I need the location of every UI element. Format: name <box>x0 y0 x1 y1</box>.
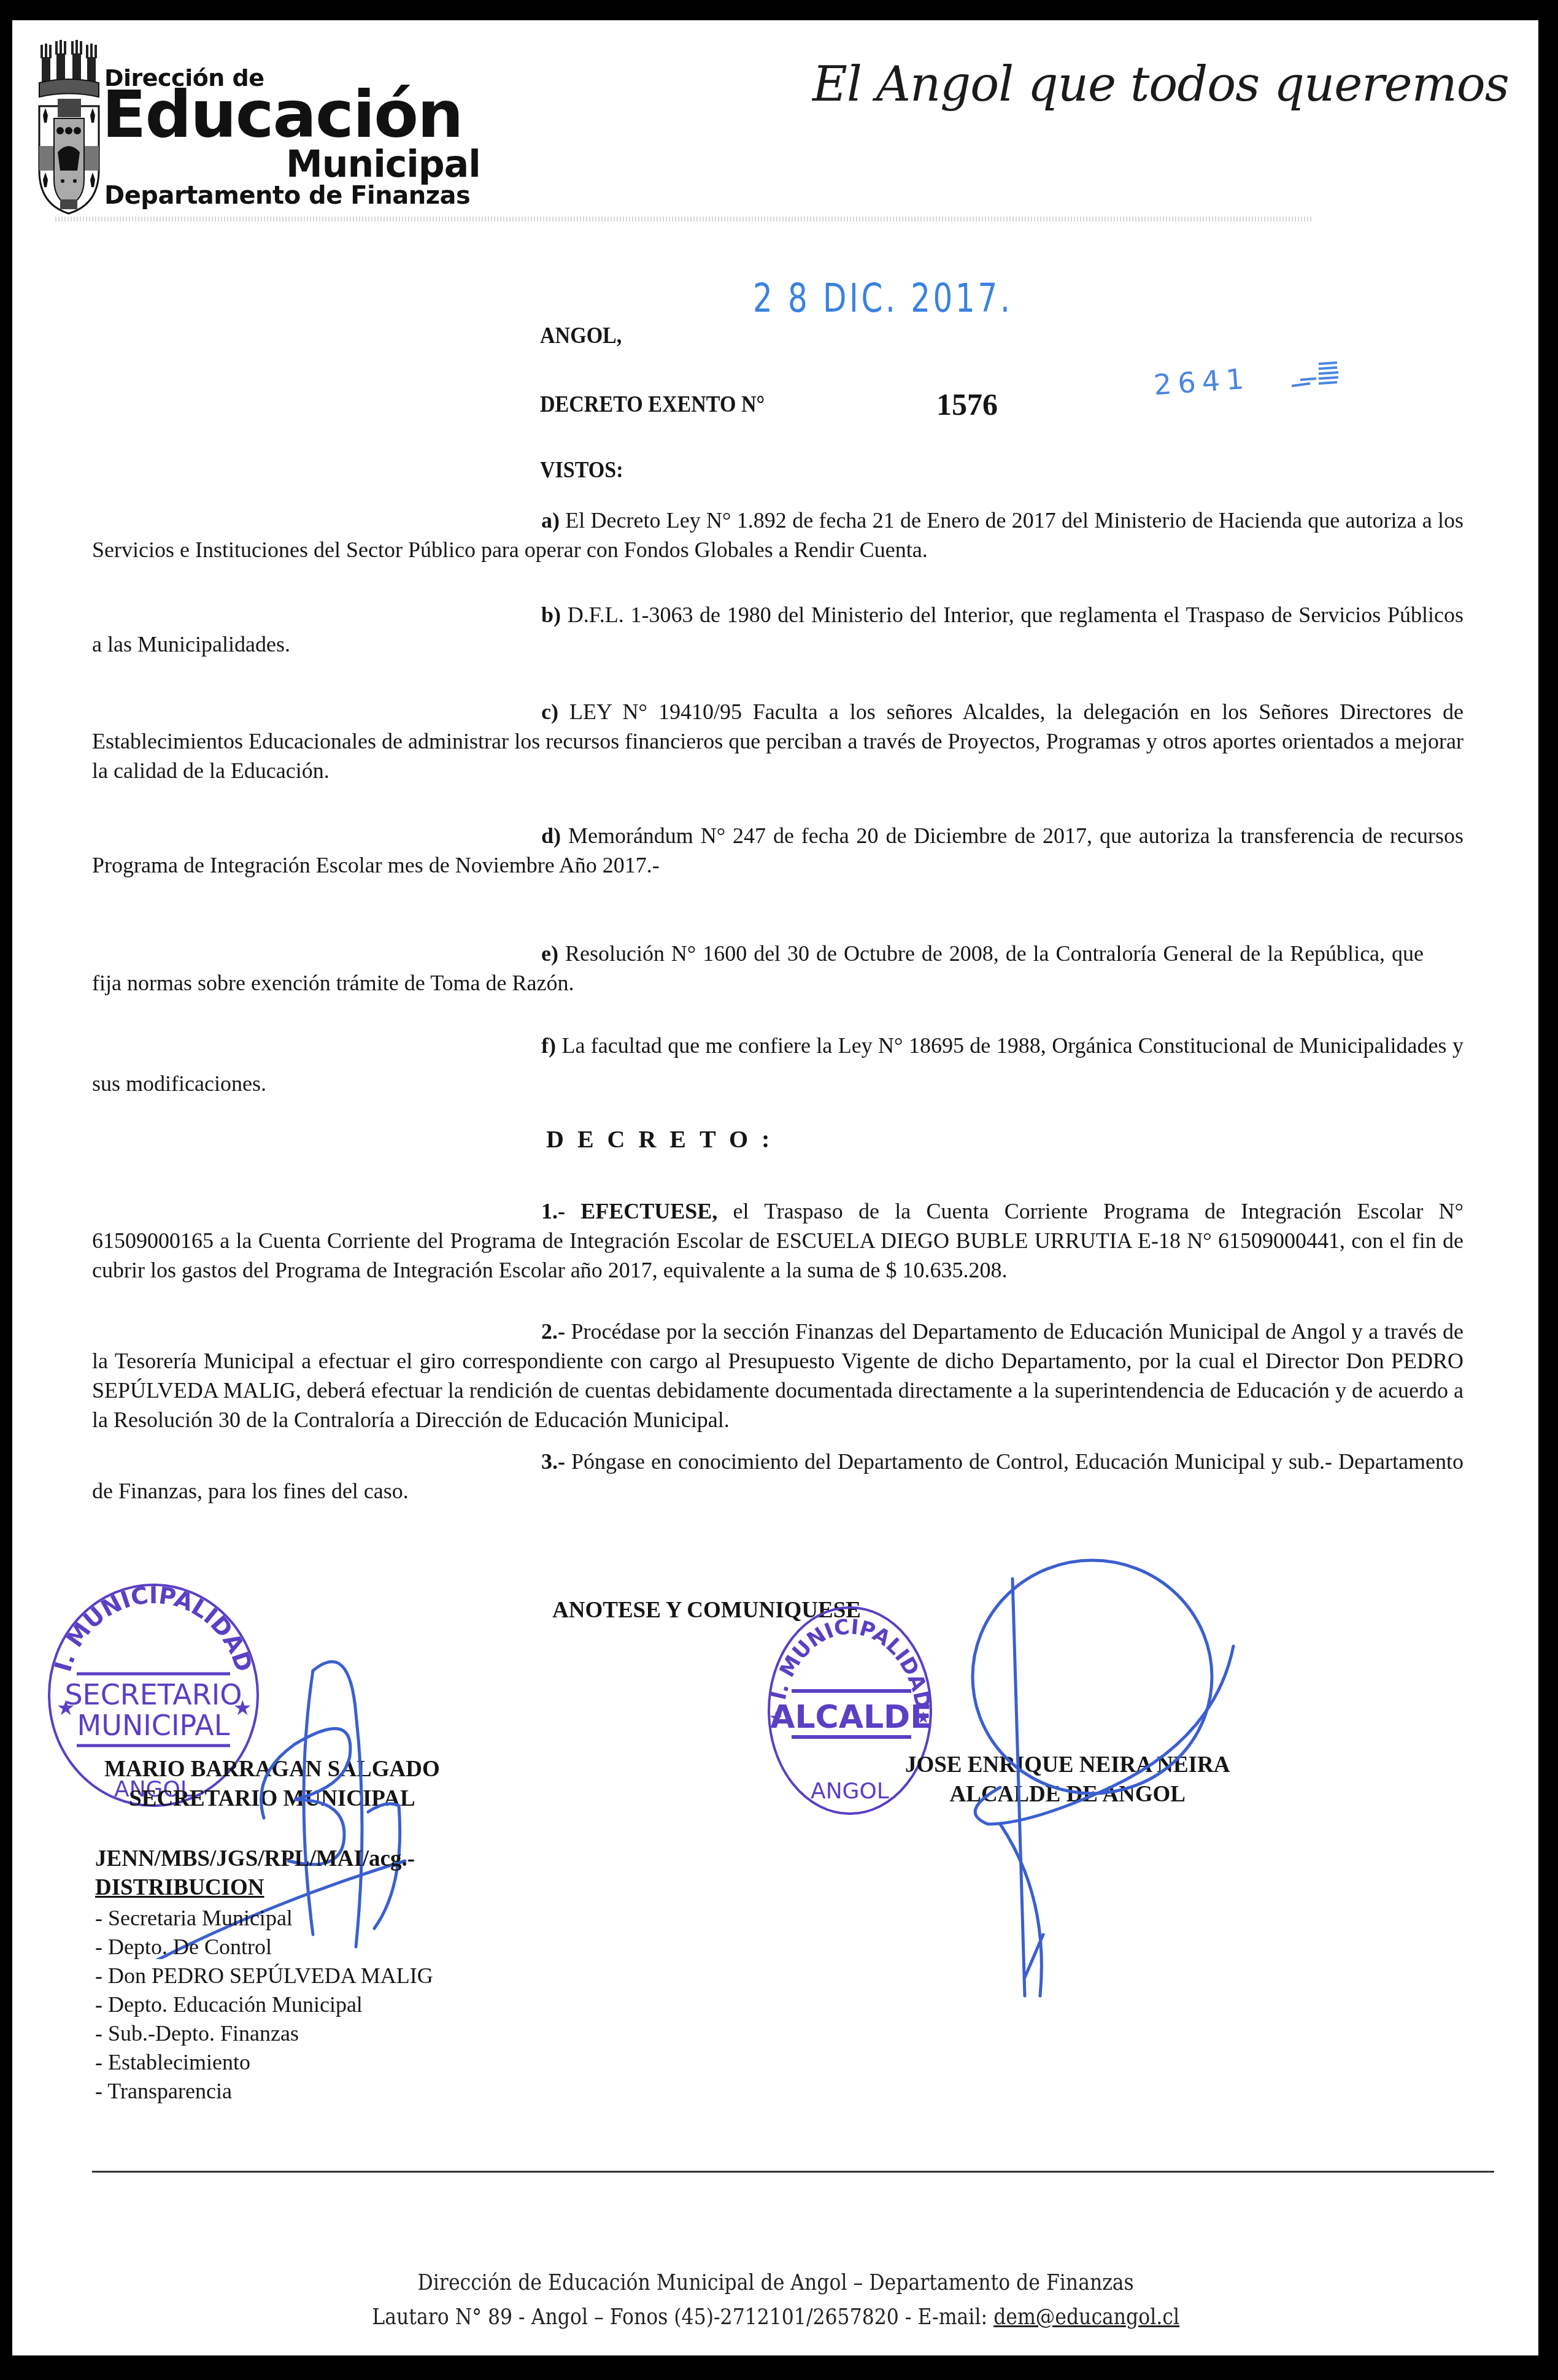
distribution-item: - Sub.-Depto. Finanzas <box>95 2019 433 2048</box>
secretary-title: SECRETARIO MUNICIPAL <box>104 1784 440 1814</box>
header-divider <box>55 217 1313 221</box>
article-1: 1.- EFECTUESE, el Traspaso de la Cuenta … <box>92 1196 1464 1285</box>
visto-text: Memorándum N° 247 de fecha 20 de Diciemb… <box>92 823 1464 877</box>
vistos-title: VISTOS: <box>540 457 623 483</box>
article-3: 3.- Póngase en conocimiento del Departam… <box>92 1447 1464 1506</box>
svg-text:I. MUNICIPALIDAD: I. MUNICIPALIDAD <box>49 1582 258 1675</box>
reference-initials: JENN/MBS/JGS/RPL/MAI/acg.- <box>95 1846 415 1872</box>
city-line: ANGOL, <box>540 323 622 349</box>
visto-f: f) La facultad que me confiere la Ley N°… <box>92 1026 1464 1103</box>
distribution-item: - Establecimiento <box>95 2048 433 2077</box>
seal-bottom-text: ANGOL <box>811 1779 889 1804</box>
visto-text: El Decreto Ley N° 1.892 de fecha 21 de E… <box>92 508 1464 562</box>
visto-c: c) LEY N° 19410/95 Faculta a los señores… <box>92 697 1464 785</box>
footer: Dirección de Educación Municipal de Ango… <box>89 2266 1462 2335</box>
visto-a: a) El Decreto Ley N° 1.892 de fecha 21 d… <box>92 506 1464 564</box>
distribution-item: - Don PEDRO SEPÚLVEDA MALIG <box>95 1962 433 1990</box>
org-line-3: Municipal <box>286 143 480 186</box>
article-label: 3.- <box>541 1449 565 1474</box>
article-lead: EFECTUESE, <box>580 1199 717 1223</box>
footer-email-link[interactable]: dem@educangol.cl <box>993 2305 1179 2330</box>
article-label: 1.- <box>541 1199 565 1223</box>
distribution-item: - Depto. De Control <box>95 1933 433 1962</box>
seal-top-text: I. MUNICIPALIDAD <box>49 1582 258 1675</box>
distribution-item: - Depto. Educación Municipal <box>95 1990 433 2019</box>
registry-stamp: 2641 <box>1152 362 1251 402</box>
seal-center-line1: ALCALDE <box>770 1699 932 1736</box>
visto-label: f) <box>541 1033 556 1058</box>
visto-label: c) <box>541 699 558 724</box>
org-department: Departamento de Finanzas <box>104 182 470 210</box>
visto-text: La facultad que me confiere la Ley N° 18… <box>92 1033 1464 1096</box>
distribution-title: DISTRIBUCION <box>95 1874 264 1901</box>
mayor-name: JOSE ENRIQUE NEIRA NEIRA <box>905 1750 1230 1780</box>
org-line-2: Educación <box>102 80 463 148</box>
seal-center-line1: SECRETARIO <box>64 1678 242 1711</box>
footer-org-line: Dirección de Educación Municipal de Ango… <box>89 2266 1462 2300</box>
visto-d: d) Memorándum N° 247 de fecha 20 de Dici… <box>92 821 1464 880</box>
document-page: Dirección de Educación Municipal Departa… <box>12 20 1538 2355</box>
svg-text:★: ★ <box>769 1709 783 1727</box>
footer-address: Lautaro N° 89 - Angol – Fonos (45)-27121… <box>372 2305 993 2330</box>
decreto-title: DECRETO: <box>546 1125 783 1153</box>
svg-text:★: ★ <box>233 1697 252 1720</box>
footer-divider <box>92 2171 1494 2173</box>
visto-label: d) <box>541 823 561 848</box>
seal-center-line2: MUNICIPAL <box>77 1709 230 1742</box>
secretary-signatory: MARIO BARRAGAN SALGADO SECRETARIO MUNICI… <box>104 1755 440 1814</box>
visto-e: e) Resolución N° 1600 del 30 de Octubre … <box>92 939 1424 998</box>
visto-text: LEY N° 19410/95 Faculta a los señores Al… <box>92 699 1464 783</box>
distribution-item: - Transparencia <box>95 2077 433 2106</box>
distribution-list: - Secretaria Municipal - Depto. De Contr… <box>95 1904 433 2106</box>
article-label: 2.- <box>541 1319 565 1344</box>
visto-text: Resolución N° 1600 del 30 de Octubre de … <box>92 941 1424 995</box>
footer-contact-line: Lautaro N° 89 - Angol – Fonos (45)-27121… <box>89 2300 1462 2335</box>
decree-label: DECRETO EXENTO N° <box>540 391 765 418</box>
article-text: Procédase por la sección Finanzas del De… <box>92 1319 1464 1432</box>
visto-b: b) D.F.L. 1-3063 de 1980 del Ministerio … <box>92 600 1464 659</box>
mayor-signatory: JOSE ENRIQUE NEIRA NEIRA ALCALDE DE ANGO… <box>905 1750 1230 1809</box>
seal-top-text: I. MUNICIPALIDAD <box>766 1614 935 1711</box>
svg-text:★: ★ <box>56 1697 75 1720</box>
date-stamp: 2 8 DIC. 2017. <box>753 276 1012 322</box>
distribution-item: - Secretaria Municipal <box>95 1904 433 1933</box>
decree-number: 1576 <box>936 387 998 422</box>
secretary-name: MARIO BARRAGAN SALGADO <box>104 1755 440 1784</box>
mayor-title: ALCALDE DE ANGOL <box>905 1780 1230 1809</box>
article-2: 2.- Procédase por la sección Finanzas de… <box>92 1317 1464 1435</box>
visto-label: e) <box>541 941 558 966</box>
svg-text:I. MUNICIPALIDAD: I. MUNICIPALIDAD <box>766 1614 935 1711</box>
article-text: el Traspaso de la Cuenta Corriente Progr… <box>92 1199 1464 1282</box>
visto-label: b) <box>541 603 561 627</box>
visto-label: a) <box>541 508 560 533</box>
article-text: Póngase en conocimiento del Departamento… <box>92 1449 1464 1503</box>
municipal-crest-icon <box>37 39 101 217</box>
svg-text:★: ★ <box>916 1709 930 1727</box>
motto: El Angol que todos queremos <box>812 57 1509 112</box>
registry-stamp-marks-icon <box>1292 356 1341 393</box>
visto-text: D.F.L. 1-3063 de 1980 del Ministerio del… <box>92 603 1464 657</box>
